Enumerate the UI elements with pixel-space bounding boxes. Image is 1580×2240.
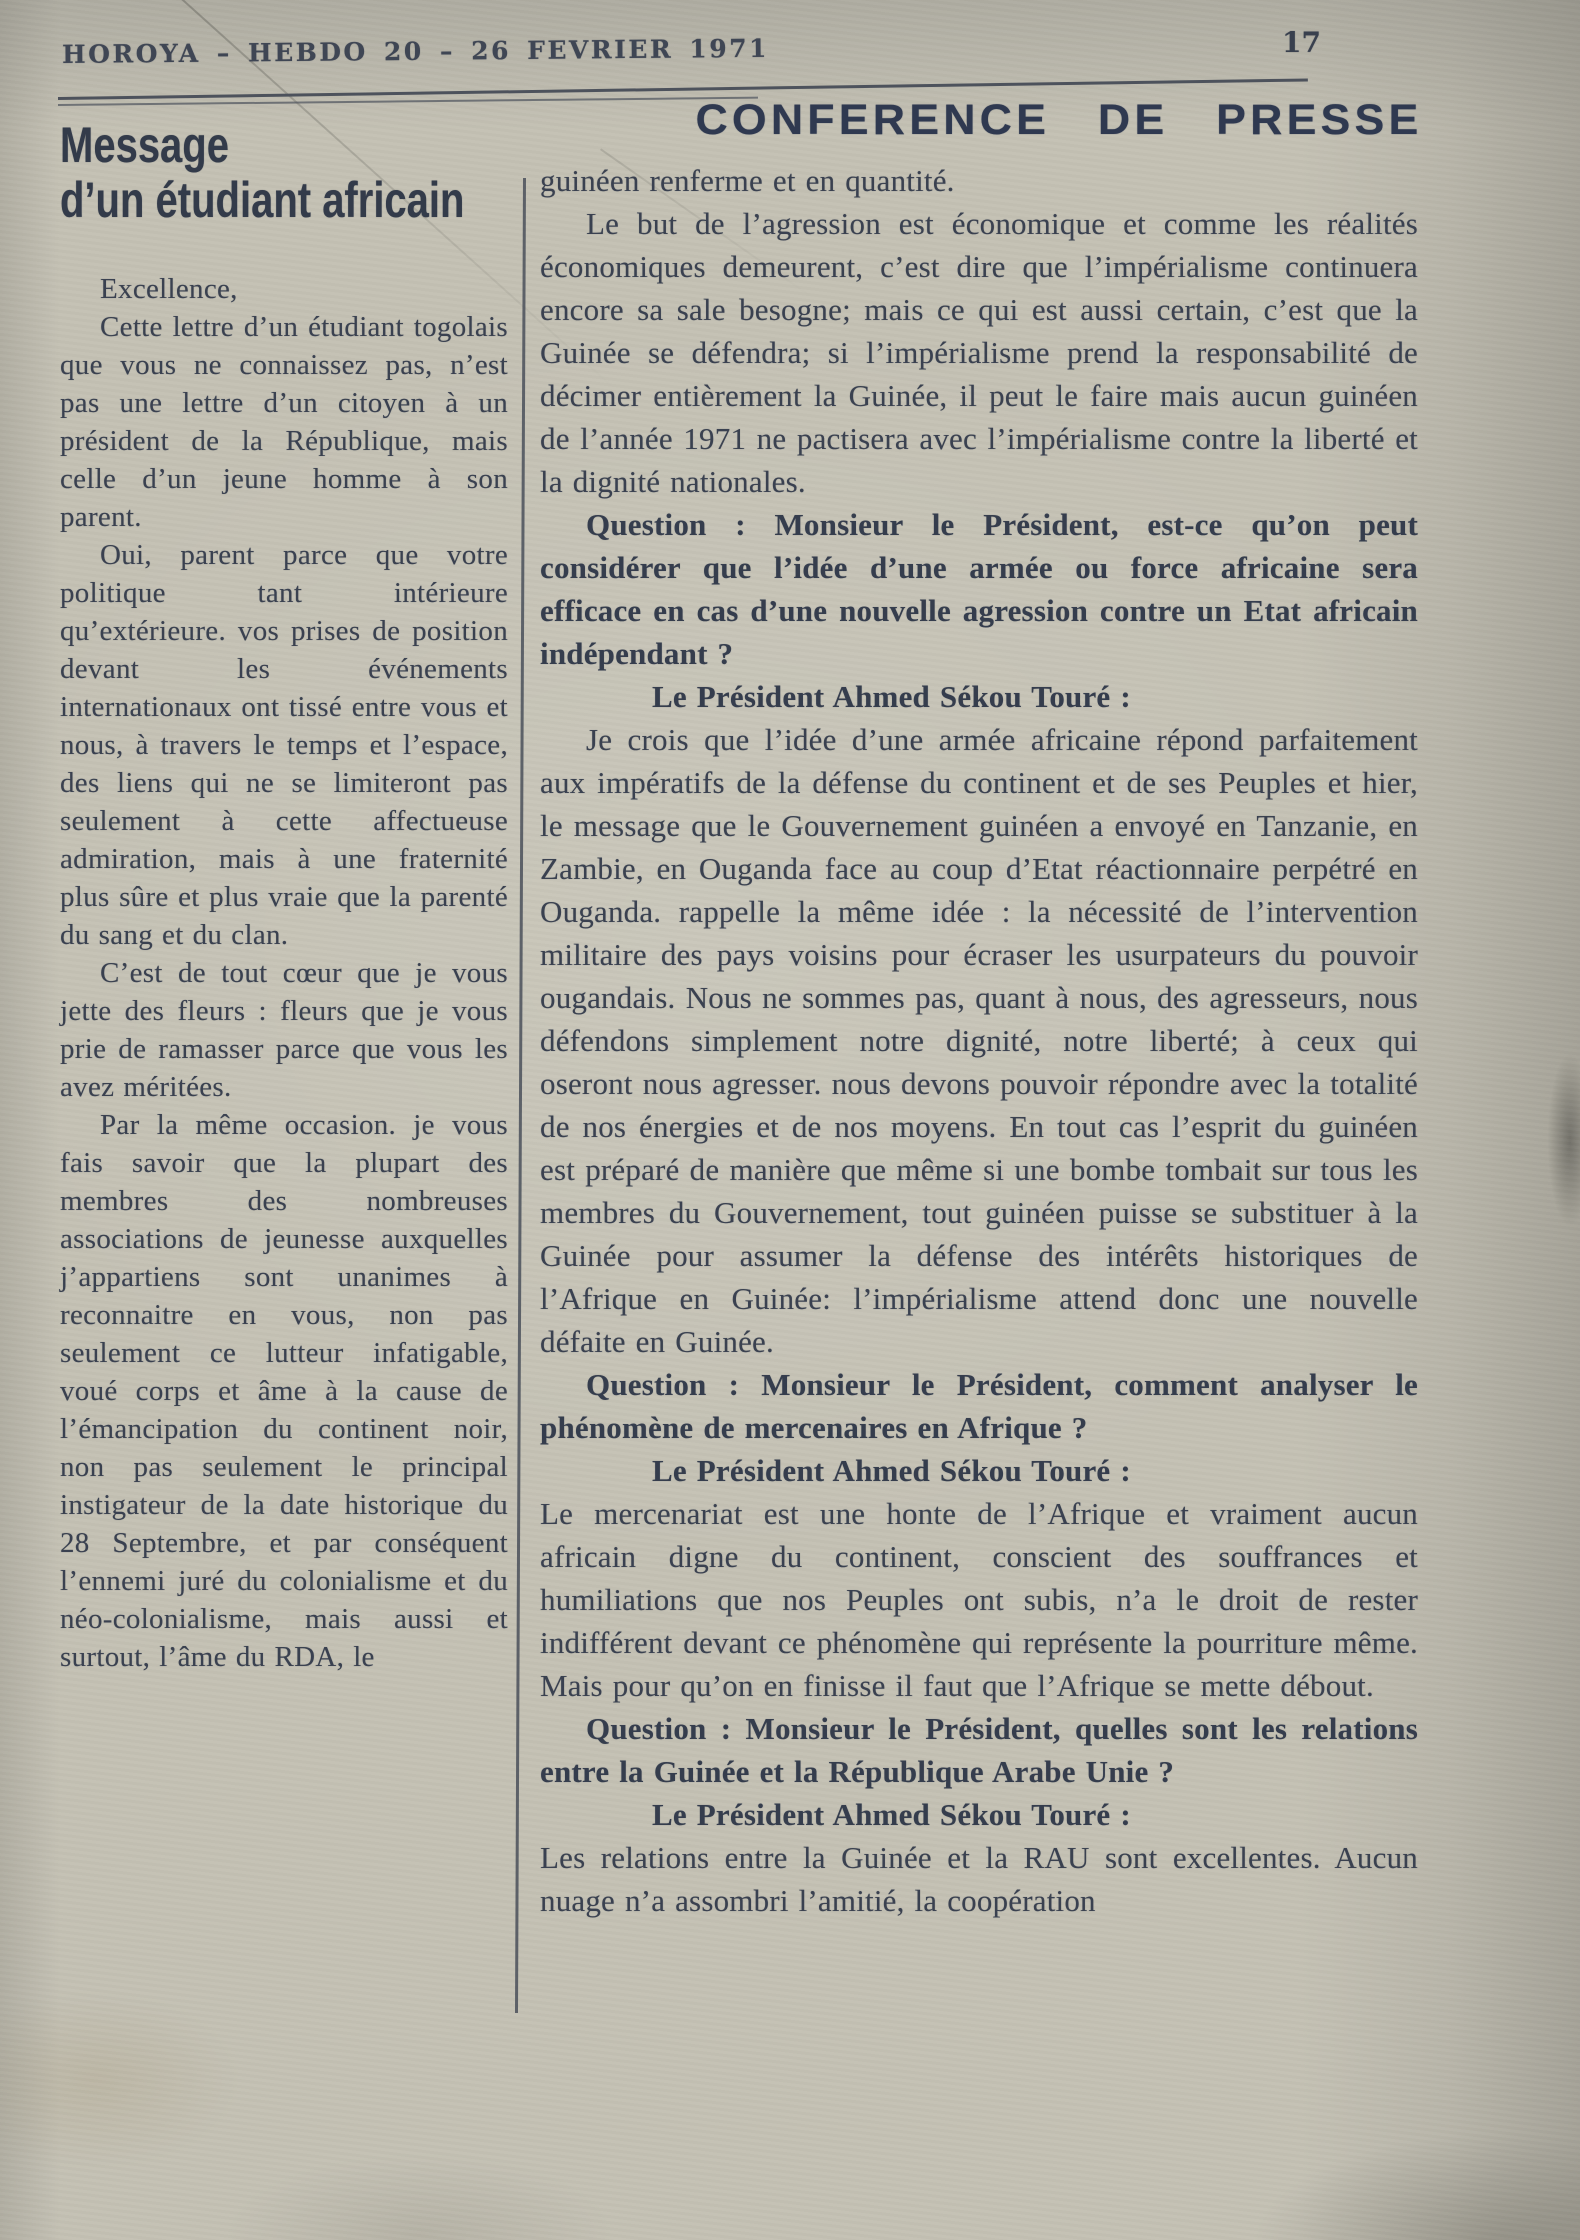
column-divider [515,178,526,2013]
conference-paragraph-speaker: Le Président Ahmed Sékou Touré : [540,1449,1418,1492]
conference-paragraph: Le but de l’agression est économique et … [540,202,1418,503]
conference-paragraph-question: Question : Monsieur le Président, est-ce… [540,503,1418,675]
page-number: 17 [1282,26,1321,59]
left-article: Message d’un étudiant africain Excellenc… [60,118,508,1676]
masthead: HOROYA – HEBDO 20 – 26 FEVRIER 1971 [62,34,769,69]
conference-paragraph: Les relations entre la Guinée et la RAU … [540,1836,1418,1922]
newspaper-page: HOROYA – HEBDO 20 – 26 FEVRIER 1971 17 M… [0,0,1580,2240]
left-article-paragraph: Excellence, [60,270,508,308]
left-article-paragraph: Par la même occasion. je vous fais savoi… [60,1106,508,1676]
conference-paragraph: Je crois que l’idée d’une armée africain… [540,718,1418,1363]
left-article-paragraph: Oui, parent parce que votre politique ta… [60,536,508,954]
conference-paragraph: Le mercenariat est une honte de l’Afriqu… [540,1492,1418,1707]
left-article-title: Message d’un étudiant africain [60,118,418,228]
conference-article: CONFERENCE DE PRESSE guinéen renferme et… [540,96,1418,1922]
conference-paragraph-speaker: Le Président Ahmed Sékou Touré : [540,1793,1418,1836]
conference-paragraph-question: Question : Monsieur le Président, commen… [540,1363,1418,1449]
left-article-title-line2: d’un étudiant africain [60,173,418,228]
left-article-body: Excellence,Cette lettre d’un étudiant to… [60,270,508,1676]
conference-body: guinéen renferme et en quantité.Le but d… [540,159,1418,1922]
conference-title: CONFERENCE DE PRESSE [602,96,1515,145]
left-article-title-line1: Message [60,118,418,173]
conference-paragraph-question: Question : Monsieur le Président, quelle… [540,1707,1418,1793]
left-article-paragraph: C’est de tout cœur que je vous jette des… [60,954,508,1106]
left-article-paragraph: Cette lettre d’un étudiant togolais que … [60,308,508,536]
conference-paragraph: guinéen renferme et en quantité. [540,159,1418,202]
conference-paragraph-speaker: Le Président Ahmed Sékou Touré : [540,675,1418,718]
